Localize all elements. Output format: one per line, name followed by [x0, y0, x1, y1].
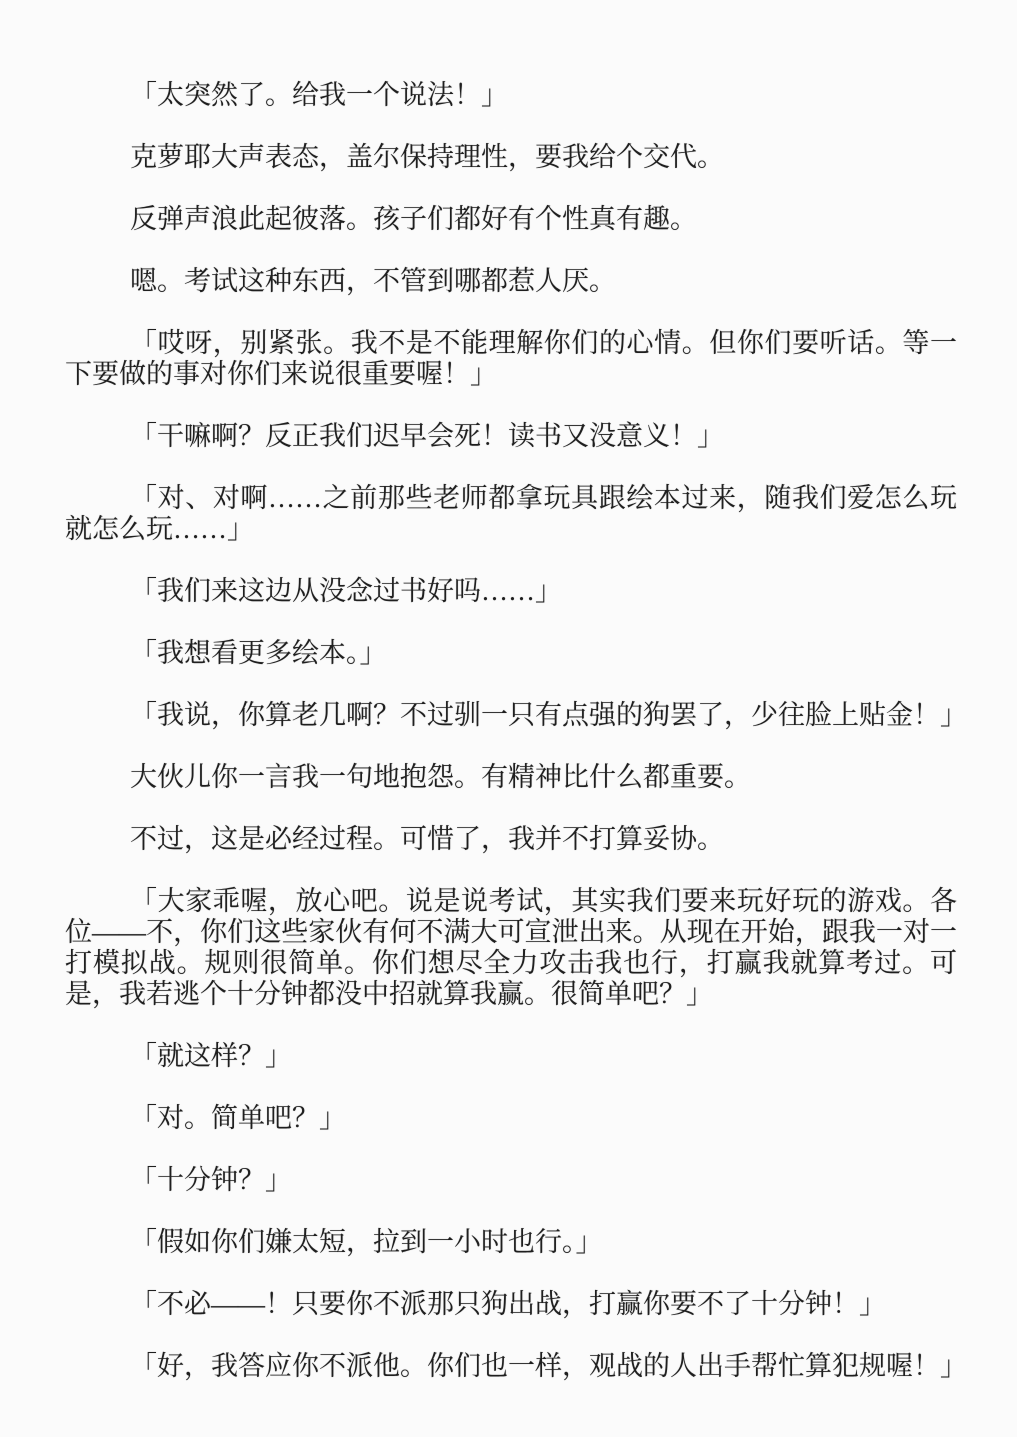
paragraph: 反弹声浪此起彼落。孩子们都好有个性真有趣。 — [65, 204, 957, 235]
paragraph: 「大家乖喔，放心吧。说是说考试，其实我们要来玩好玩的游戏。各位——不，你们这些家… — [65, 886, 957, 1010]
paragraph: 「就这样？」 — [65, 1041, 957, 1072]
paragraph: 大伙儿你一言我一句地抱怨。有精神比什么都重要。 — [65, 762, 957, 793]
paragraph: 克萝耶大声表态，盖尔保持理性，要我给个交代。 — [65, 142, 957, 173]
paragraph: 「好，我答应你不派他。你们也一样，观战的人出手帮忙算犯规喔！」 — [65, 1351, 957, 1382]
paragraph: 「我们来这边从没念过书好吗……」 — [65, 576, 957, 607]
paragraph: 嗯。考试这种东西，不管到哪都惹人厌。 — [65, 266, 957, 297]
book-page: 「太突然了。给我一个说法！」 克萝耶大声表态，盖尔保持理性，要我给个交代。 反弹… — [0, 0, 1017, 1437]
paragraph: 「哎呀，别紧张。我不是不能理解你们的心情。但你们要听话。等一下要做的事对你们来说… — [65, 328, 957, 390]
paragraph: 「对。简单吧？」 — [65, 1103, 957, 1134]
paragraph: 「不必——！只要你不派那只狗出战，打赢你要不了十分钟！」 — [65, 1289, 957, 1320]
paragraph: 「我说，你算老几啊？不过驯一只有点强的狗罢了，少往脸上贴金！」 — [65, 700, 957, 731]
paragraph: 「我想看更多绘本。」 — [65, 638, 957, 669]
paragraph: 「十分钟？」 — [65, 1165, 957, 1196]
paragraph: 不过，这是必经过程。可惜了，我并不打算妥协。 — [65, 824, 957, 855]
paragraph: 「对、对啊……之前那些老师都拿玩具跟绘本过来，随我们爱怎么玩就怎么玩……」 — [65, 483, 957, 545]
paragraph: 「干嘛啊？反正我们迟早会死！读书又没意义！」 — [65, 421, 957, 452]
paragraph: 「假如你们嫌太短，拉到一小时也行。」 — [65, 1227, 957, 1258]
paragraph: 「太突然了。给我一个说法！」 — [65, 80, 957, 111]
